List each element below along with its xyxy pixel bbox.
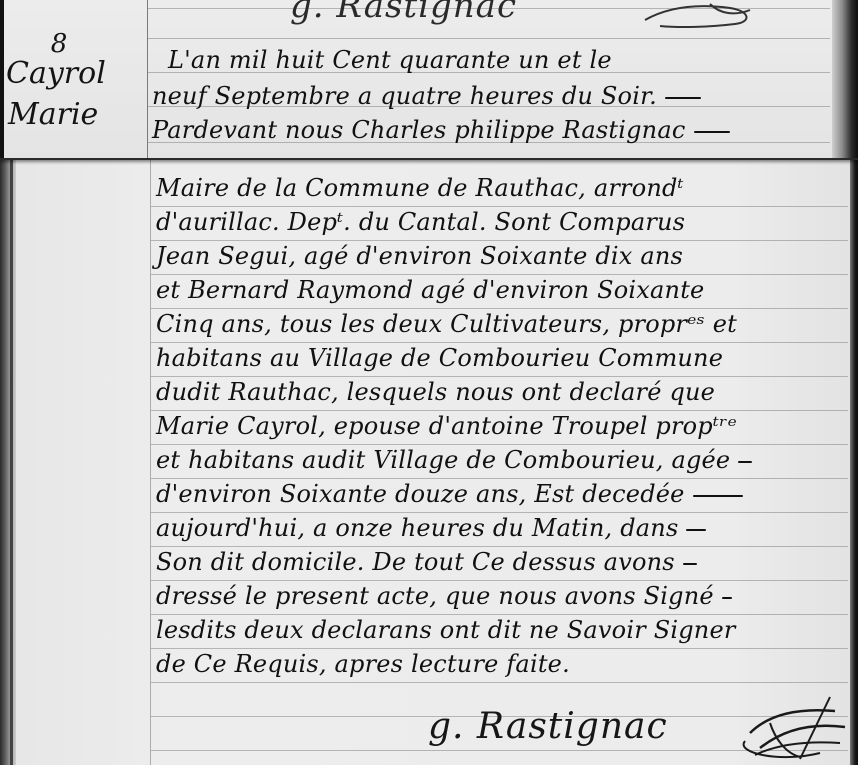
ruled-line [151,682,848,683]
ruled-line [151,376,848,377]
text-line-content: Pardevant nous Charles philippe Rastigna… [152,116,686,144]
ruled-line [151,444,848,445]
text-line: dudit Rauthac, lesquels nous ont declaré… [156,378,715,406]
binding-shadow [10,158,13,765]
ruled-line [151,614,848,615]
text-line: neuf Septembre a quatre heures du Soir. [152,82,701,110]
deceased-surname: Cayrol [4,58,144,90]
entry-number: 8 [0,30,144,58]
ruled-line [151,240,848,241]
ruled-line [151,206,848,207]
signature-paraph-icon [740,693,852,763]
margin-rule [147,0,148,158]
text-line: d'environ Soixante douze ans, Est decedé… [156,480,743,508]
ruled-line [151,580,848,581]
scanned-register-page: 8 Cayrol Marie g. Rastignac L'an mil hui… [0,0,858,765]
ruled-line [151,478,848,479]
text-line: d'aurillac. Depᵗ. du Cantal. Sont Compar… [156,208,685,236]
margin-rule [150,158,151,765]
line-filler-dash [683,563,697,565]
ruled-line [151,308,848,309]
text-line: Marie Cayrol, epouse d'antoine Troupel p… [156,412,737,440]
page-edge-shadow [832,0,858,158]
text-line: et habitans audit Village de Combourieu,… [156,446,752,474]
line-filler-dash [738,461,752,463]
ruled-line [151,648,848,649]
ruled-line [151,546,848,547]
margin-annotation: 8 Cayrol Marie [4,30,144,132]
deceased-given-name: Marie [4,98,144,132]
line-filler-dash [665,97,701,99]
ruled-line [151,512,848,513]
text-line-content: Son dit domicile. De tout Ce dessus avon… [156,548,675,576]
ruled-line [148,38,830,39]
text-line-content: d'environ Soixante douze ans, Est decedé… [156,480,685,508]
text-line: habitans au Village de Combourieu Commun… [156,344,723,372]
text-line: Maire de la Commune de Rauthac, arrondᵗ [156,174,684,202]
text-line: et Bernard Raymond agé d'environ Soixant… [156,276,704,304]
binding-edge [0,158,16,765]
text-line-content: neuf Septembre a quatre heures du Soir. [152,82,657,110]
line-filler-dash [693,495,743,497]
ruled-line [151,274,848,275]
text-line: lesdits deux declarans ont dit ne Savoir… [156,616,736,644]
mayor-signature: g. Rastignac [428,706,668,747]
line-filler-dash [722,597,732,599]
text-line-content: aujourd'hui, a onze heures du Matin, dan… [156,514,678,542]
ruled-line [151,342,848,343]
text-line: Jean Segui, agé d'environ Soixante dix a… [156,242,683,270]
previous-act-signature: g. Rastignac [290,0,517,26]
top-page-fragment: 8 Cayrol Marie g. Rastignac L'an mil hui… [0,0,858,160]
text-line: L'an mil huit Cent quarante un et le [168,46,612,74]
text-line: Pardevant nous Charles philippe Rastigna… [152,116,730,144]
text-line-content: dressé le present acte, que nous avons S… [156,582,714,610]
main-register-page: Maire de la Commune de Rauthac, arrondᵗ … [0,158,858,765]
line-filler-dash [694,131,730,133]
signature-paraph-icon [640,2,760,32]
text-line: dressé le present acte, que nous avons S… [156,582,732,610]
text-line-content: et habitans audit Village de Combourieu,… [156,446,730,474]
line-filler-dash [686,529,706,531]
text-line: Son dit domicile. De tout Ce dessus avon… [156,548,697,576]
page-edge-shadow [850,158,858,765]
ruled-line [151,410,848,411]
text-line: Cinq ans, tous les deux Cultivateurs, pr… [156,310,737,338]
text-line: aujourd'hui, a onze heures du Matin, dan… [156,514,706,542]
text-line: de Ce Requis, apres lecture faite. [156,650,570,678]
